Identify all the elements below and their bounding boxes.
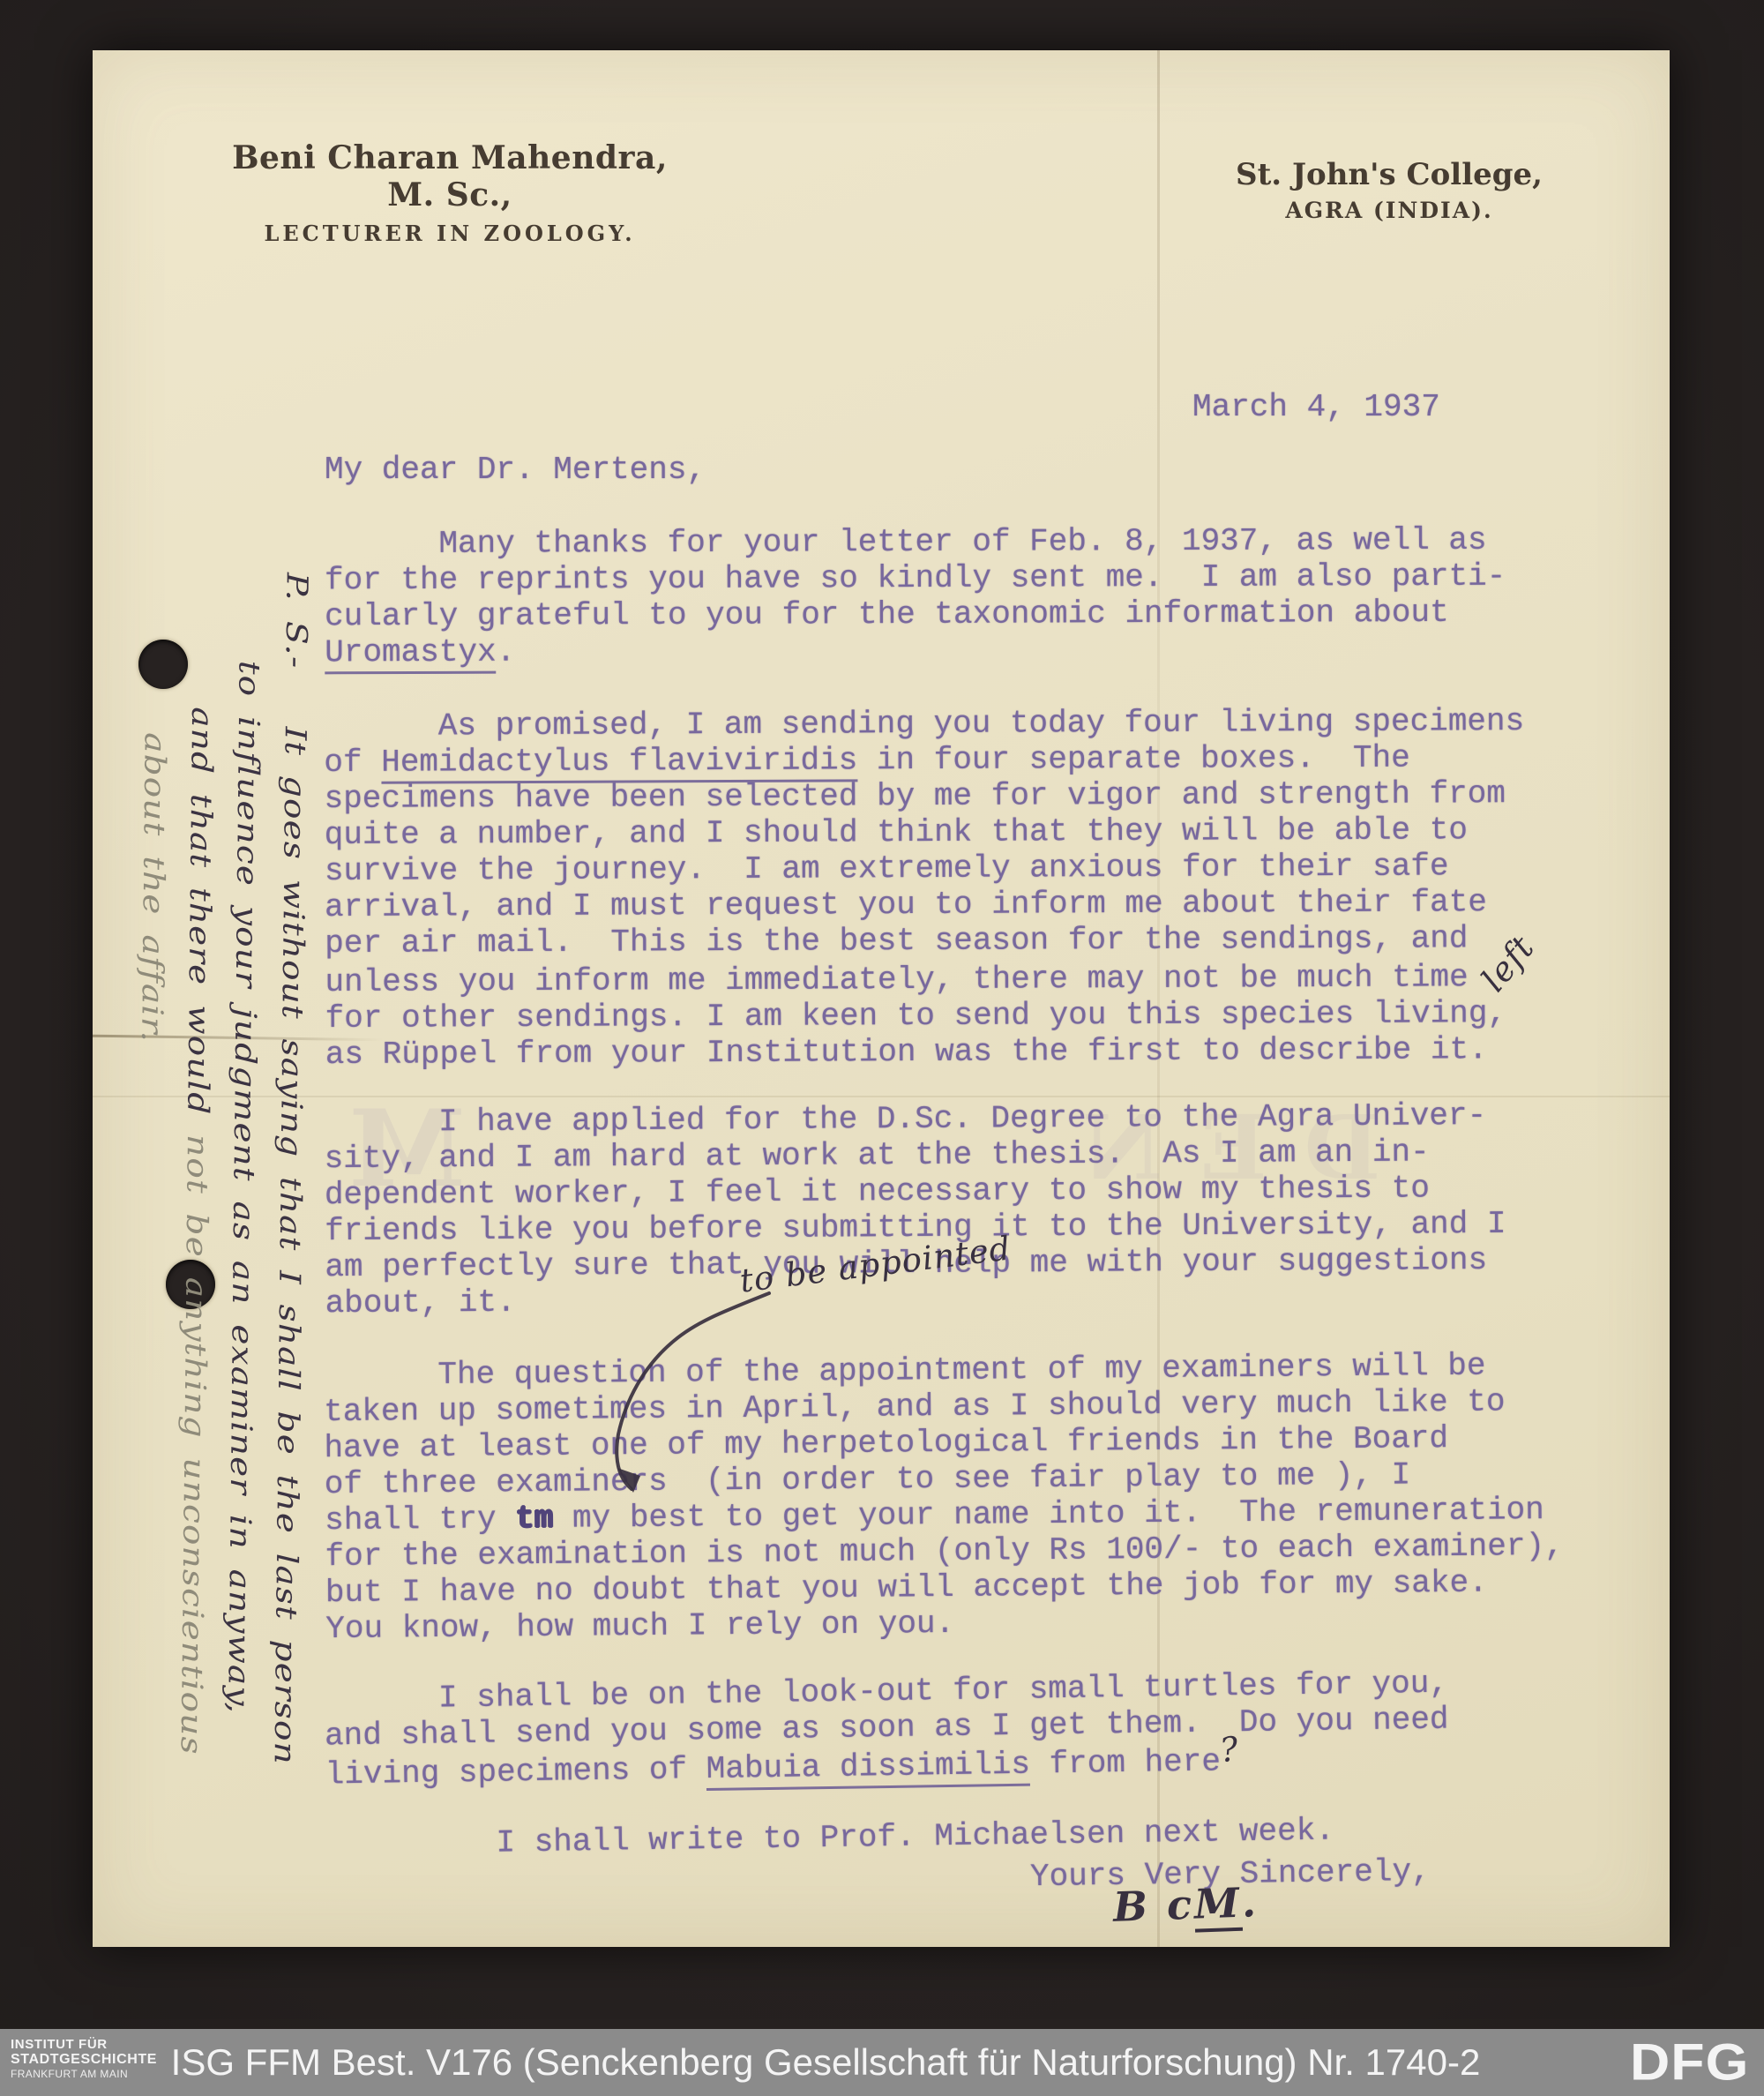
institution-name: St. John's College, bbox=[1230, 157, 1548, 192]
salutation: My dear Dr. Mertens, bbox=[325, 452, 706, 488]
sender-title: LECTURER IN ZOOLOGY. bbox=[212, 221, 688, 246]
institution-location: AGRA (INDIA). bbox=[1230, 198, 1548, 223]
archive-reference: ISG FFM Best. V176 (Senckenberg Gesellsc… bbox=[171, 2041, 1481, 2084]
scan-background: M DEN Beni Charan Mahendra, M. Sc., LECT… bbox=[0, 0, 1764, 2096]
typed-line: per air mail. This is the best season fo… bbox=[325, 920, 1539, 962]
paragraph: I shall be on the look-out for small tur… bbox=[324, 1666, 1449, 1793]
handwritten-signature: B cM. bbox=[1112, 1878, 1259, 1931]
typed-line: of Hemidactylus flaviviridis in four sep… bbox=[324, 739, 1538, 781]
underlined-text: Mabuia dissimilis bbox=[706, 1747, 1030, 1791]
typed-line: about, it. bbox=[325, 1278, 1507, 1321]
typed-line: cularly grateful to you for the taxonomi… bbox=[325, 595, 1506, 635]
dfg-logo: DFG bbox=[1630, 2033, 1749, 2092]
ps-note: P. S.- It goes without saying that I sha… bbox=[102, 571, 320, 2040]
sender-name: Beni Charan Mahendra, M. Sc., bbox=[212, 139, 688, 213]
typed-line: Many thanks for your letter of Feb. 8, 1… bbox=[325, 522, 1506, 563]
typed-line: as Rüppel from your Institution was the … bbox=[325, 1031, 1540, 1073]
typed-line: arrival, and I must request you to infor… bbox=[325, 884, 1539, 925]
typed-line: unless you inform me immediately, there … bbox=[325, 956, 1539, 1000]
underlined-text: M bbox=[1193, 1879, 1243, 1933]
typed-line: quite a number, and I should think that … bbox=[325, 812, 1539, 853]
underlined-text: Uromastyx bbox=[325, 634, 497, 675]
letterhead-sender: Beni Charan Mahendra, M. Sc., LECTURER I… bbox=[212, 139, 688, 246]
institute-name-line1: INSTITUT FÜR bbox=[11, 2037, 157, 2052]
typed-line: for the reprints you have so kindly sent… bbox=[325, 558, 1506, 599]
typed-line: Uromastyx. bbox=[325, 631, 1506, 671]
handwritten-mark: tm bbox=[515, 1501, 554, 1537]
letter-date: March 4, 1937 bbox=[1192, 389, 1440, 425]
paragraph: Many thanks for your letter of Feb. 8, 1… bbox=[325, 522, 1506, 671]
paragraph: The question of the appointment of my ex… bbox=[324, 1347, 1565, 1647]
underlined-text: Hemidactylus flaviviridis bbox=[381, 742, 857, 783]
ps-note-lines: P. S.- It goes without saying that I sha… bbox=[118, 571, 320, 2040]
institute-name-line2: STADTGESCHICHTE bbox=[11, 2052, 157, 2067]
handwritten-mark: not be anything unconscientious bbox=[175, 1134, 215, 1755]
archive-footer-bar: INSTITUT FÜR STADTGESCHICHTE FRANKFURT A… bbox=[0, 2029, 1764, 2096]
typed-line: specimens have been selected by me for v… bbox=[324, 775, 1538, 817]
institute-logo: INSTITUT FÜR STADTGESCHICHTE FRANKFURT A… bbox=[11, 2037, 157, 2082]
paragraph: I have applied for the D.Sc. Degree to t… bbox=[324, 1097, 1506, 1321]
institute-name-line3: FRANKFURT AM MAIN bbox=[11, 2067, 157, 2082]
paragraph: As promised, I am sending you today four… bbox=[324, 703, 1540, 1073]
typed-line: As promised, I am sending you today four… bbox=[324, 703, 1538, 745]
typed-line: survive the journey. I am extremely anxi… bbox=[325, 848, 1539, 889]
typed-line: for other sendings. I am keen to send yo… bbox=[325, 995, 1540, 1037]
letterhead-institution: St. John's College, AGRA (INDIA). bbox=[1230, 157, 1548, 223]
